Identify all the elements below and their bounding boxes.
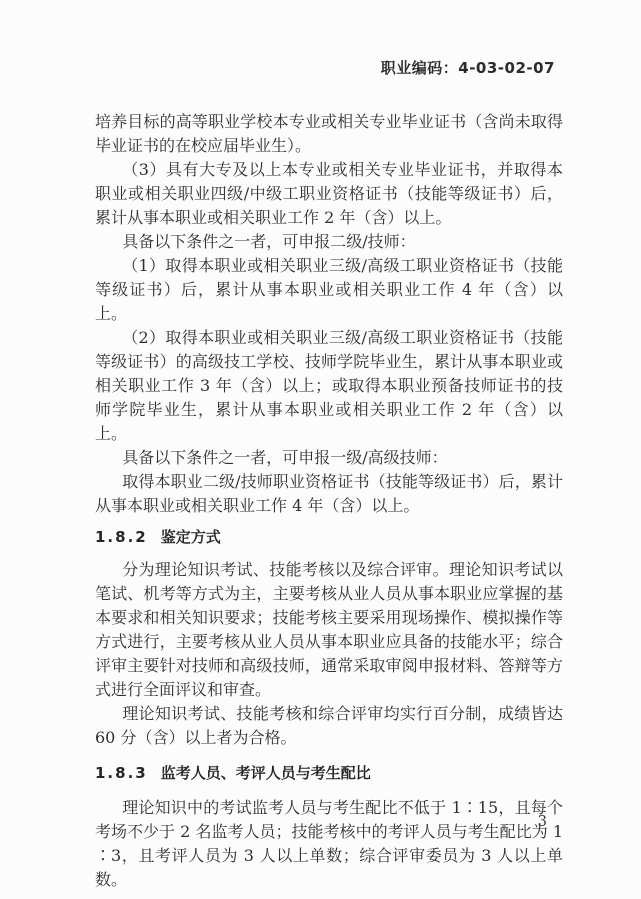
paragraph-passing-score: 理论知识考试、技能考核和综合评审均实行百分制，成绩皆达 60 分（含）以上者为合… <box>95 702 563 750</box>
paragraph-level2-intro: 具备以下条件之一者，可申报二级/技师： <box>95 230 563 254</box>
paragraph-level2-item-1: （1）取得本职业或相关职业三级/高级工职业资格证书（技能等级证书）后，累计从事本… <box>95 254 563 326</box>
section-title: 鉴定方式 <box>161 528 221 546</box>
occupation-code-header: 职业编码：4-03-02-07 <box>381 57 555 78</box>
section-title: 监考人员、考评人员与考生配比 <box>161 764 371 782</box>
section-heading-proctor-ratio: 1.8.3监考人员、考评人员与考生配比 <box>95 762 563 784</box>
paragraph-proctor-ratio: 理论知识中的考试监考人员与考生配比不低于 1∶15，且每个考场不少于 2 名监考… <box>95 796 563 892</box>
section-number: 1.8.2 <box>95 528 148 546</box>
page-number: 3 <box>537 812 547 830</box>
document-body: 培养目标的高等职业学校本专业或相关专业毕业证书（含尚未取得毕业证书的在校应届毕业… <box>95 110 563 892</box>
paragraph-level1-intro: 具备以下条件之一者，可申报一级/高级技师： <box>95 446 563 470</box>
section-number: 1.8.3 <box>95 764 148 782</box>
section-heading-appraisal-method: 1.8.2鉴定方式 <box>95 526 563 548</box>
paragraph-certificate-continuation: 培养目标的高等职业学校本专业或相关专业毕业证书（含尚未取得毕业证书的在校应届毕业… <box>95 110 563 158</box>
paragraph-appraisal-method: 分为理论知识考试、技能考核以及综合评审。理论知识考试以笔试、机考等方式为主，主要… <box>95 558 563 702</box>
document-page: 职业编码：4-03-02-07 培养目标的高等职业学校本专业或相关专业毕业证书（… <box>0 0 641 899</box>
paragraph-level1-item: 取得本职业二级/技师职业资格证书（技能等级证书）后，累计从事本职业或相关职业工作… <box>95 470 563 518</box>
paragraph-level2-item-2: （2）取得本职业或相关职业三级/高级工职业资格证书（技能等级证书）的高级技工学校… <box>95 326 563 446</box>
paragraph-item-3: （3）具有大专及以上本专业或相关专业毕业证书，并取得本职业或相关职业四级/中级工… <box>95 158 563 230</box>
